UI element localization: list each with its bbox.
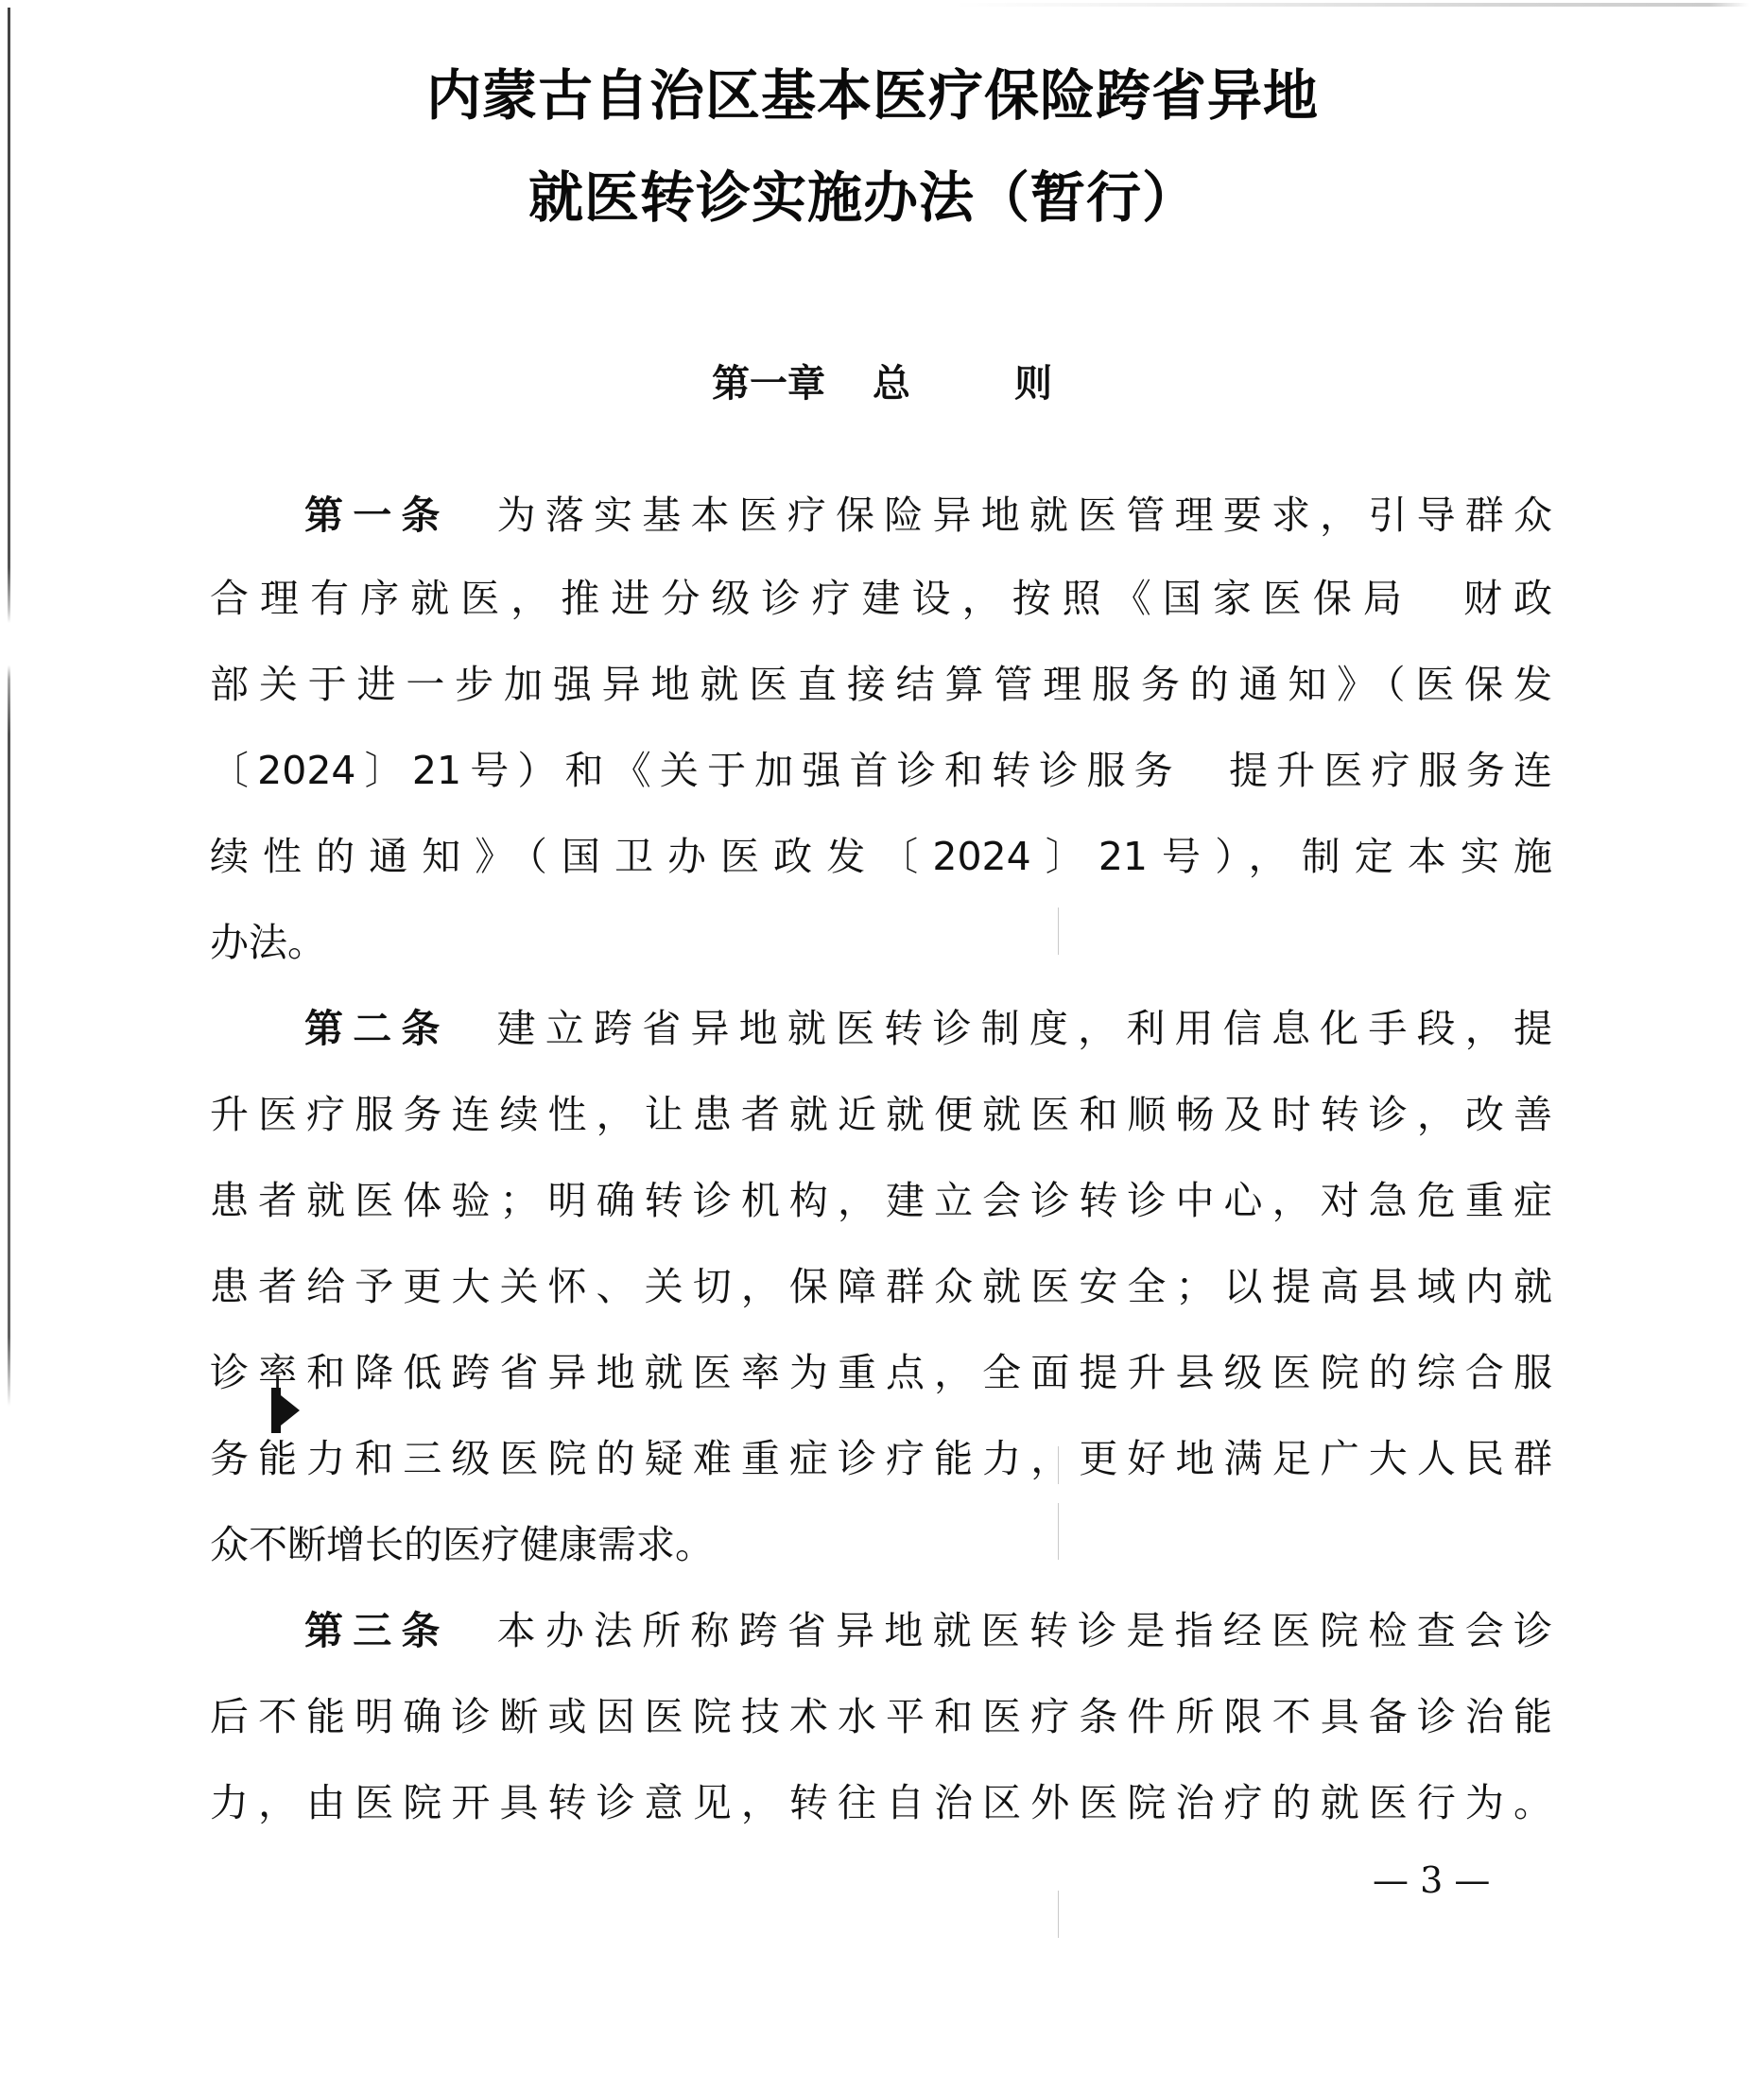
article-label: 第一条 bbox=[304, 493, 450, 538]
chapter-number: 第一章 bbox=[712, 365, 825, 403]
article-2-line-5: 诊率和降低跨省异地就医率为重点，全面提升县级医院的综合服 bbox=[210, 1354, 1552, 1392]
article-1-line-1: 第一条为落实基本医疗保险异地就医管理要求，引导群众 bbox=[304, 496, 1552, 535]
article-text: 建立跨省异地就医转诊制度，利用信息化手段，提 bbox=[497, 1006, 1552, 1051]
document-page: 内蒙古自治区基本医疗保险跨省异地 就医转诊实施办法（暂行） 第一章总则 第一条为… bbox=[0, 0, 1764, 2074]
article-2-line-3: 患者就医体验；明确转诊机构，建立会诊转诊中心，对急危重症 bbox=[210, 1182, 1552, 1220]
article-label: 第二条 bbox=[304, 1006, 450, 1051]
article-3-line-1: 第三条本办法所称跨省异地就医转诊是指经医院检查会诊 bbox=[304, 1612, 1552, 1651]
document-title-line-1: 内蒙古自治区基本医疗保险跨省异地 bbox=[0, 68, 1755, 123]
article-1-line-3: 部关于进一步加强异地就医直接结算管理服务的通知》（医保发 bbox=[210, 665, 1552, 704]
article-2-line-2: 升医疗服务连续性，让患者就近就便就医和顺畅及时转诊，改善 bbox=[210, 1096, 1552, 1134]
article-3-line-2: 后不能明确诊断或因医院技术水平和医疗条件所限不具备诊治能 bbox=[210, 1698, 1552, 1737]
article-text: 为落实基本医疗保险异地就医管理要求，引导群众 bbox=[497, 493, 1552, 538]
document-title-line-2: 就医转诊实施办法（暂行） bbox=[0, 170, 1745, 225]
article-2-line-7: 众不断增长的医疗健康需求。 bbox=[210, 1526, 1552, 1564]
article-label: 第三条 bbox=[304, 1608, 450, 1653]
article-2-line-4: 患者给予更大关怀、关切，保障群众就医安全；以提高县域内就 bbox=[210, 1268, 1552, 1306]
page-number: — 3 — bbox=[1373, 1862, 1490, 1898]
chapter-heading: 第一章总则 bbox=[0, 365, 1764, 403]
article-2-line-1: 第二条建立跨省异地就医转诊制度，利用信息化手段，提 bbox=[304, 1010, 1552, 1048]
article-1-line-4: 〔2024〕21号）和《关于加强首诊和转诊服务 提升医疗服务连 bbox=[210, 752, 1552, 790]
article-1-line-6: 办法。 bbox=[210, 924, 1552, 962]
article-1-line-5: 续性的通知》（国卫办医政发〔2024〕21号），制定本实施 bbox=[210, 838, 1552, 876]
fold-line bbox=[1058, 1891, 1059, 1938]
article-2-line-6: 务能力和三级医院的疑难重症诊疗能力，更好地满足广大人民群 bbox=[210, 1440, 1552, 1478]
pointer-cursor-icon bbox=[271, 1388, 300, 1433]
article-3-line-3: 力，由医院开具转诊意见，转往自治区外医院治疗的就医行为。 bbox=[210, 1784, 1552, 1823]
chapter-name-part1: 总 bbox=[873, 365, 910, 403]
scan-top-artifact bbox=[955, 3, 1749, 7]
article-1-line-2: 合理有序就医，推进分级诊疗建设，按照《国家医保局 财政 bbox=[210, 579, 1552, 618]
article-text: 本办法所称跨省异地就医转诊是指经医院检查会诊 bbox=[497, 1608, 1552, 1653]
chapter-name-part2: 则 bbox=[1014, 365, 1052, 403]
